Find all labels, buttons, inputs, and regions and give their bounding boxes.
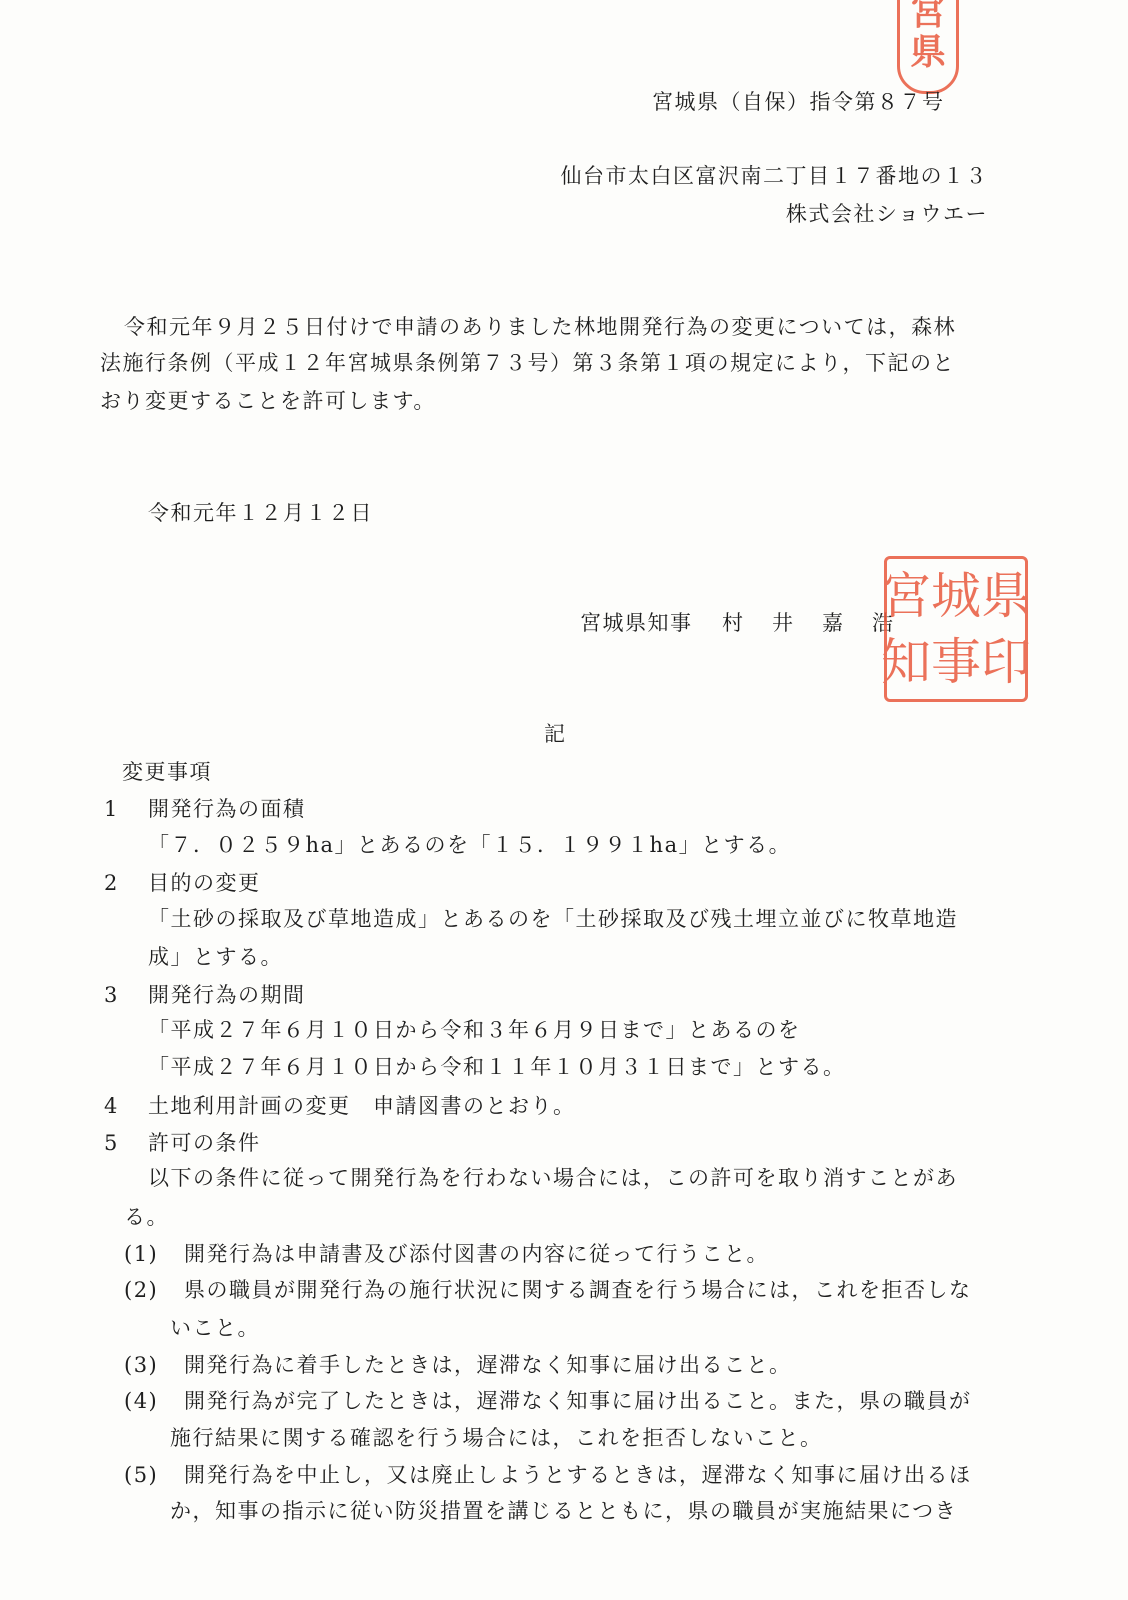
item-title: 開発行為の面積 xyxy=(148,795,306,823)
condition-line: か，知事の指示に従い防災措置を講じるとともに，県の職員が実施結果につき xyxy=(170,1497,957,1525)
item-number: 1 xyxy=(104,795,119,823)
item-title: 開発行為の期間 xyxy=(148,981,306,1009)
governor-name: 村 井 嘉 浩 xyxy=(722,609,897,637)
seal-char: 印 xyxy=(981,637,1031,687)
condition-number: (4) xyxy=(124,1387,158,1415)
condition-line: 開発行為を中止し，又は廃止しようとするときは，遅滞なく知事に届け出るほ xyxy=(184,1461,972,1489)
seal-char: 宮 xyxy=(881,571,931,621)
section-title: 変更事項 xyxy=(122,758,212,786)
condition-line: 開発行為は申請書及び添付図書の内容に従って行うこと。 xyxy=(184,1240,769,1268)
item-number: 3 xyxy=(104,981,119,1009)
condition-line: 施行結果に関する確認を行う場合には，これを拒否しないこと。 xyxy=(170,1424,823,1452)
condition-number: (3) xyxy=(124,1351,158,1379)
item-title: 許可の条件 xyxy=(148,1129,261,1157)
item-line: 「土砂の採取及び草地造成」とあるのを「土砂採取及び残土埋立並びに牧草地造 xyxy=(148,905,958,933)
body-line-3: おり変更することを許可します。 xyxy=(100,387,436,415)
seal-char: 県 xyxy=(910,32,946,72)
notes-heading: 記 xyxy=(544,720,567,748)
body-line-1: 令和元年９月２５日付けで申請のありました林地開発行為の変更については，森林 xyxy=(124,313,956,341)
condition-line: 開発行為が完了したときは，遅滞なく知事に届け出ること。また，県の職員が xyxy=(184,1387,972,1415)
condition-number: (2) xyxy=(124,1276,158,1304)
item-line: 「７．０２５９ha」とあるのを「１５．１９９１ha」とする。 xyxy=(148,831,791,859)
item-line: る。 xyxy=(124,1203,169,1231)
seal-char: 知 xyxy=(881,637,931,687)
item-number: 2 xyxy=(104,869,119,897)
body-line-2: 法施行条例（平成１２年宮城県条例第７３号）第３条第１項の規定により，下記のと xyxy=(100,349,955,377)
seal-char: 宮 xyxy=(910,0,946,32)
seal-char: 県 xyxy=(981,571,1031,621)
item-title: 目的の変更 xyxy=(148,869,261,897)
condition-line: いこと。 xyxy=(170,1314,260,1342)
item-line: 「平成２７年６月１０日から令和３年６月９日まで」とあるのを xyxy=(148,1016,801,1044)
item-line: 以下の条件に従って開発行為を行わない場合には，この許可を取り消すことがあ xyxy=(148,1164,958,1192)
seal-char: 事 xyxy=(931,637,981,687)
condition-line: 開発行為に着手したときは，遅滞なく知事に届け出ること。 xyxy=(184,1351,792,1379)
document-page: 宮 県 宮城県（自保）指令第８７号 仙台市太白区富沢南二丁目１７番地の１３ 株式… xyxy=(0,0,1128,1600)
condition-number: (1) xyxy=(124,1240,158,1268)
condition-number: (5) xyxy=(124,1461,158,1489)
item-number: 5 xyxy=(104,1129,119,1157)
issue-date: 令和元年１２月１２日 xyxy=(148,499,373,527)
item-line: 「平成２７年６月１０日から令和１１年１０月３１日まで」とする。 xyxy=(148,1053,846,1081)
item-number: 4 xyxy=(104,1092,119,1120)
receipt-seal-icon: 宮 県 xyxy=(897,0,959,94)
item-title: 土地利用計画の変更 申請図書のとおり。 xyxy=(148,1092,576,1120)
document-number: 宮城県（自保）指令第８７号 xyxy=(652,88,945,116)
governor-title: 宮城県知事 xyxy=(580,609,693,637)
seal-char: 城 xyxy=(931,571,981,621)
recipient-address: 仙台市太白区富沢南二丁目１７番地の１３ xyxy=(561,162,989,190)
recipient-name: 株式会社ショウエー xyxy=(786,200,988,228)
item-line: 成」とする。 xyxy=(148,943,283,971)
condition-line: 県の職員が開発行為の施行状況に関する調査を行う場合には，これを拒否しな xyxy=(184,1276,972,1304)
governor-seal-icon: 宮 城 県 知 事 印 xyxy=(884,556,1028,702)
